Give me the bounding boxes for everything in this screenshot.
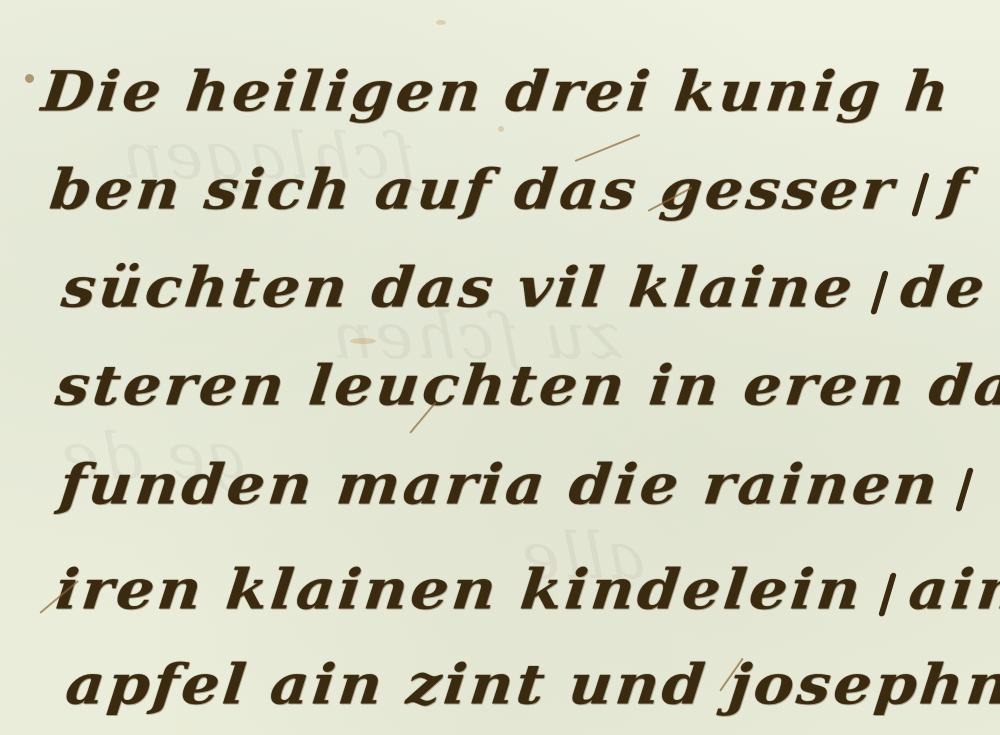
word: ben [47,162,186,217]
manuscript-line-2: bensichaufdasgesserf [47,162,996,217]
stain [350,338,376,344]
word: gesser [658,162,899,217]
word-fragment: ain [906,562,1000,617]
manuscript-line-5: fundenmariadierainen [57,457,989,512]
word: klaine [626,260,858,315]
word: auf [373,162,496,217]
word: Die [39,64,167,119]
word: vil [515,260,610,315]
punctuation-virgule [955,467,974,511]
punctuation-virgule [911,172,930,216]
manuscript-page: ſchlagen zu ſchen ge de alle Dieheiligen… [0,0,1000,735]
word: apfel [63,657,251,712]
word: süchten [59,260,353,315]
word: das [512,162,641,217]
manuscript-line-3: süchtendasvilklainede [59,260,1000,315]
word: rainen [700,457,943,512]
word: das [369,260,498,315]
stain [498,126,504,132]
word: sich [202,162,357,217]
punctuation-virgule [878,572,897,616]
word: kindelein [518,562,866,617]
word: ain [268,657,388,712]
word: josephn [726,657,1000,712]
word: in [646,358,724,413]
word: zint [404,657,550,712]
word-fragment: f [939,162,974,217]
word: die [567,457,685,512]
manuscript-line-6: irenklainenkindeleinain [53,562,1000,617]
word: maria [334,457,550,512]
word: dar [926,358,1000,413]
manuscript-line-4: sterenleuchteninerendar [53,358,1000,413]
word-fragment: de [898,260,990,315]
word: leuchten [306,358,630,413]
punctuation-virgule [870,270,889,314]
word: h [902,64,954,119]
word: kunig [672,64,886,119]
stain [436,20,446,25]
word: und [566,657,710,712]
margin-dot [25,74,34,83]
word: heiligen [183,64,487,119]
manuscript-line-7: apfelainzintundjosephn [63,657,1000,712]
word: klainen [223,562,501,617]
word: iren [53,562,207,617]
manuscript-line-1: Dieheiligendreikunigh [39,64,976,119]
word: eren [741,358,910,413]
word: funden [57,457,318,512]
word: steren [53,358,290,413]
word: drei [503,64,655,119]
